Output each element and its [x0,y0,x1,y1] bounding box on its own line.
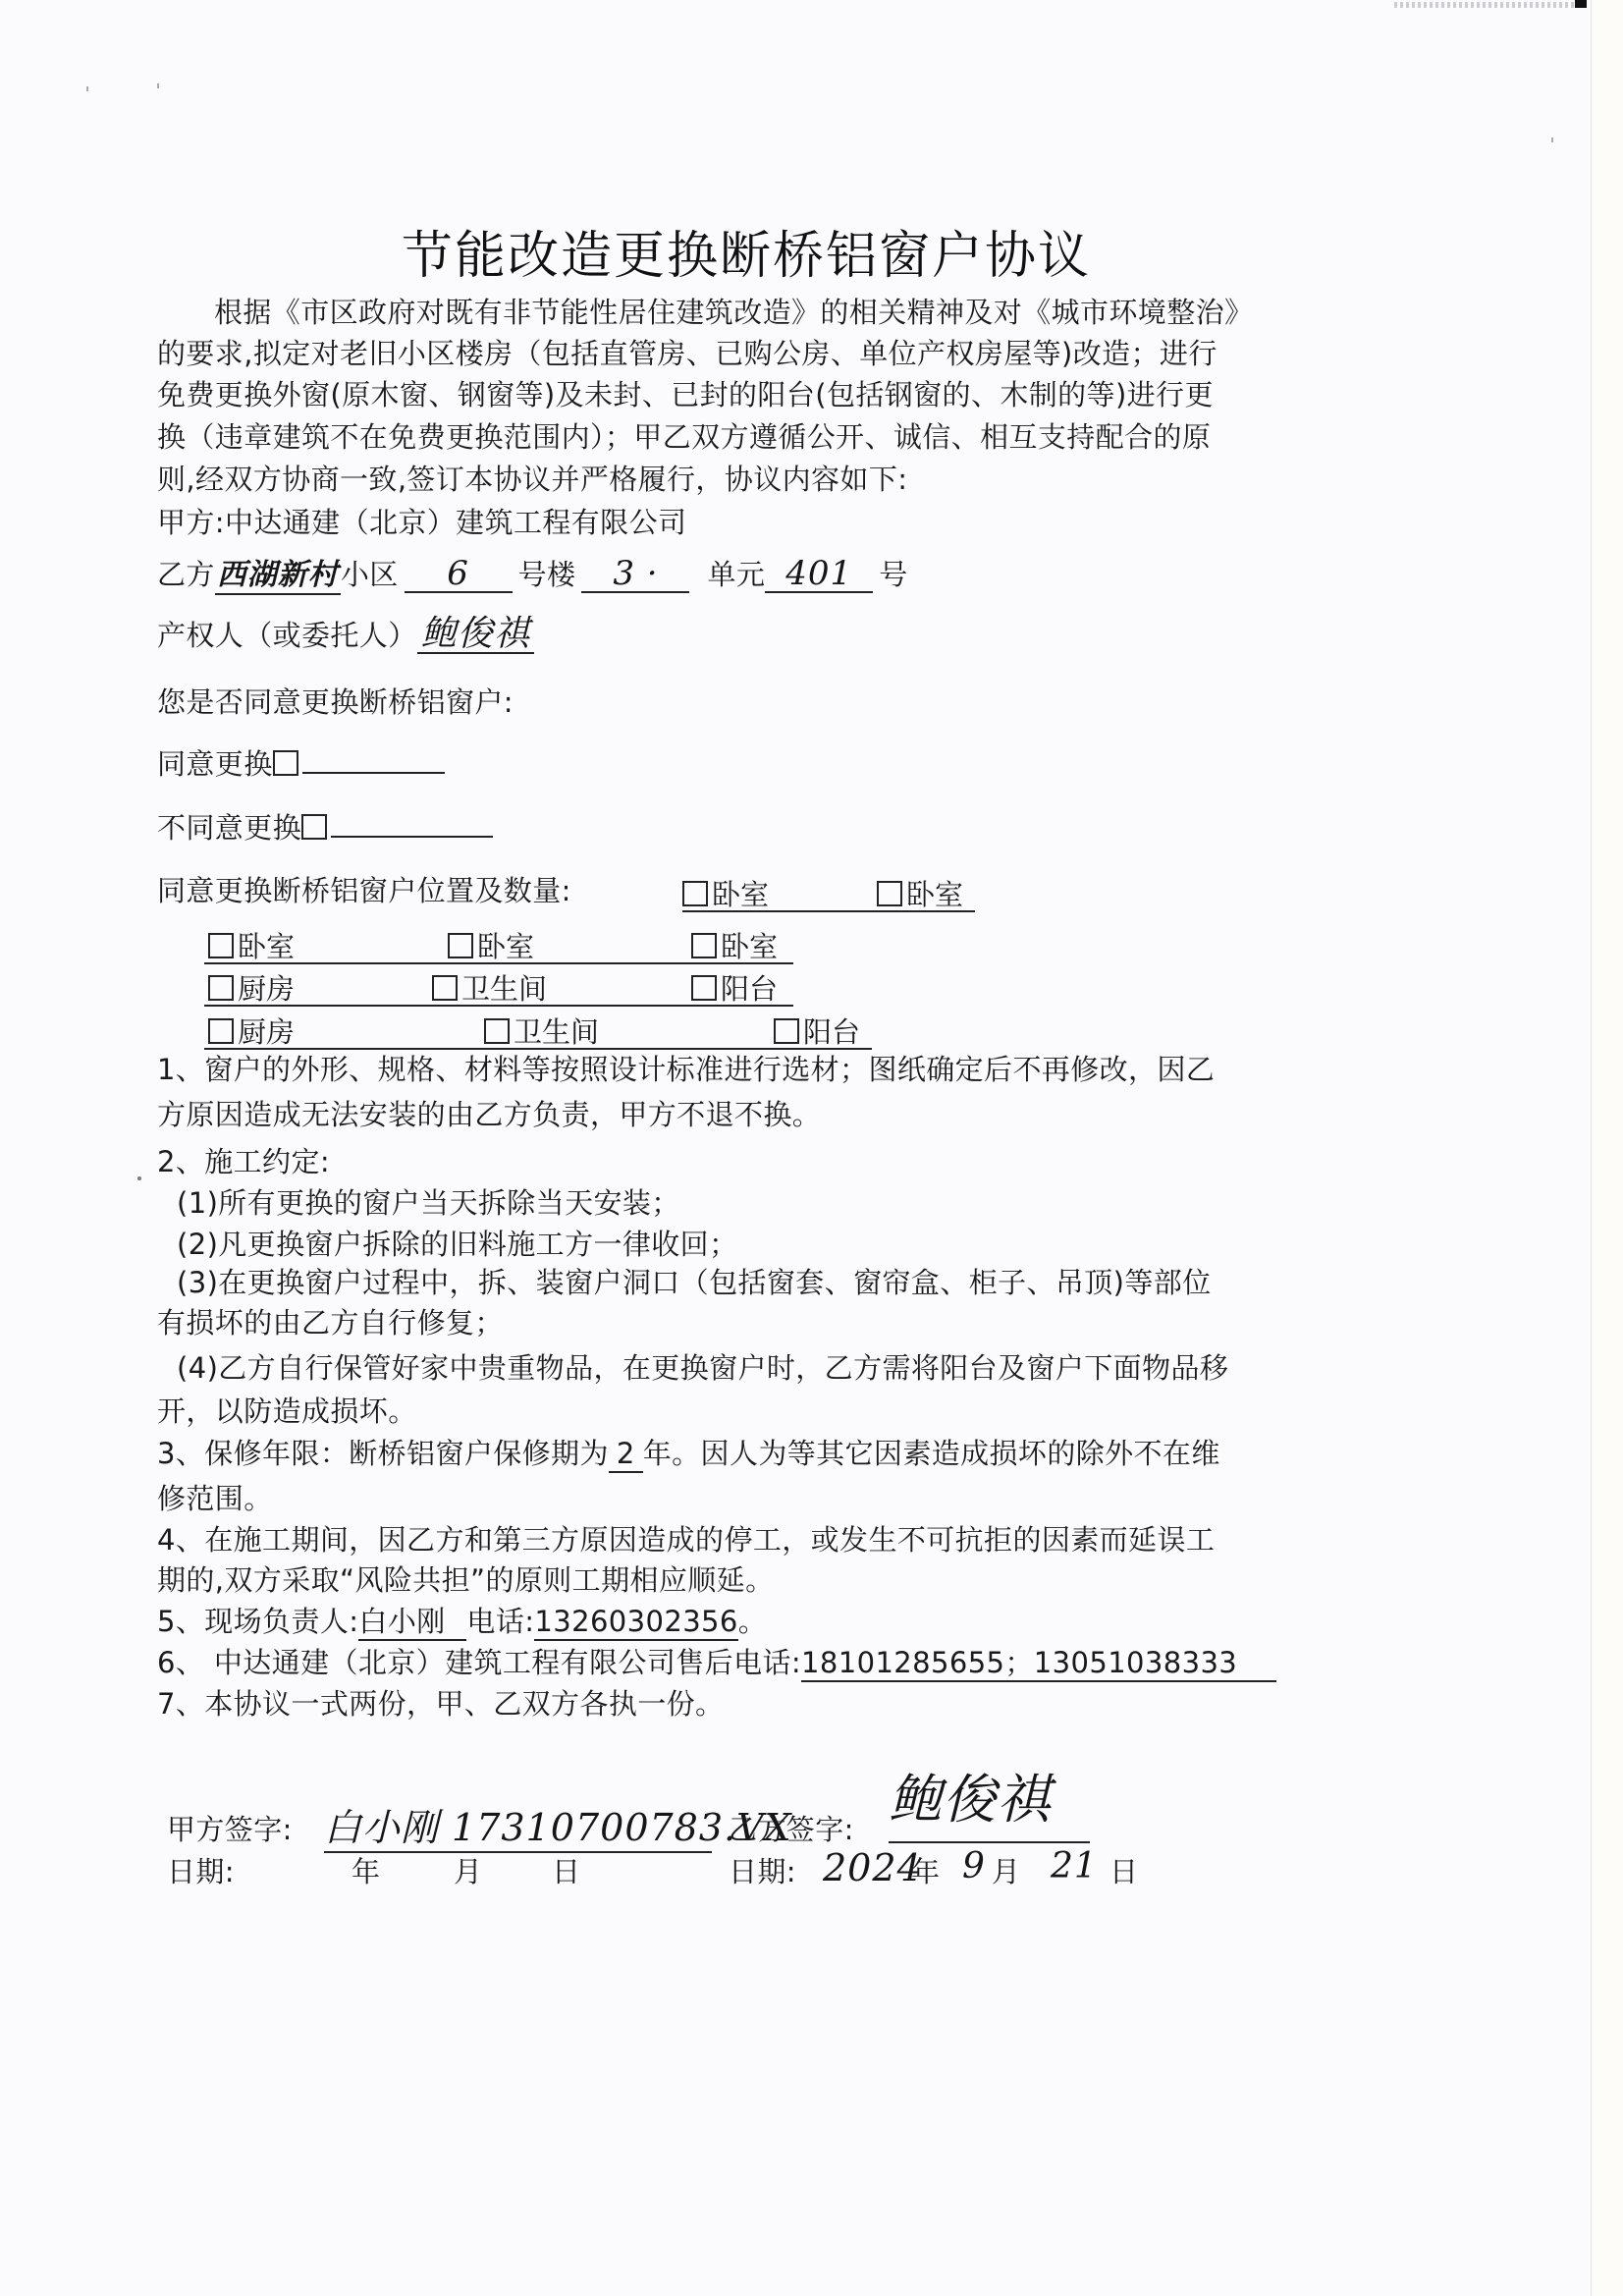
party-a-signature-field[interactable]: 白小刚 17310700783.VX [324,1797,712,1853]
location-bedroom[interactable]: 卧室 [877,873,963,913]
party-b-month-value[interactable]: 9 [962,1846,986,1886]
location-kitchen[interactable]: 厨房 [208,1011,295,1051]
party-b-label: 乙方 [157,558,215,591]
clause-2-2: (2)凡更换窗户拆除的旧料施工方一律收回； [177,1227,737,1262]
location-bathroom[interactable]: 卫生间 [484,1011,599,1051]
party-a-signature-label: 甲方签字: [167,1812,293,1847]
location-bedroom[interactable]: 卧室 [682,873,769,913]
after-sales-phones: 18101285655；13051038333 [801,1645,1276,1682]
preamble-line: 的要求,拟定对老旧小区楼房（包括直管房、已购公房、单位产权房屋等)改造；进行 [157,336,1217,371]
locations-label: 同意更换断桥铝窗户位置及数量: [157,873,571,908]
location-bathroom[interactable]: 卫生间 [432,967,547,1008]
party-b-line: 乙方西湖新村小区6号楼3 ·单元401号 [157,556,908,595]
scan-artifact [1394,2,1576,8]
clause-2-1: (1)所有更换的窗户当天拆除当天安装； [177,1185,680,1221]
party-b-date-label: 日期: [729,1854,796,1889]
location-row: 卧室 卧室 卧室 [204,925,793,964]
preamble-line: 换（违章建筑不在免费更换范围内）；甲乙双方遵循公开、诚信、相互支持配合的原 [157,419,1211,455]
party-a-month-label: 月 [454,1854,482,1889]
location-bedroom[interactable]: 卧室 [448,925,534,965]
community-field[interactable]: 西湖新村 [215,558,341,595]
clause-5: 5、现场负责人:白小刚电话:13260302356。 [157,1604,767,1641]
clause-4-cont: 期的,双方采取“风险共担”的原则工期相应顺延。 [157,1562,774,1598]
location-balcony[interactable]: 阳台 [691,967,778,1008]
owner-signature-field[interactable]: 鲍俊祺 [417,617,534,654]
location-kitchen[interactable]: 厨房 [208,967,295,1008]
warranty-years: 2 [609,1436,643,1473]
scan-speck [1551,137,1553,142]
party-b-year-label: 年 [911,1854,940,1889]
party-a-day-label: 日 [552,1854,580,1889]
party-a-line: 甲方:中达通建（北京）建筑工程有限公司 [157,505,686,540]
checkbox[interactable] [877,881,902,906]
building-suffix: 号楼 [518,558,576,591]
clause-2-4: (4)乙方自行保管好家中贵重物品，在更换窗户时，乙方需将阳台及窗户下面物品移 [177,1350,1228,1386]
clause-1: 1、窗户的外形、规格、材料等按照设计标准进行选材；图纸确定后不再修改，因乙 [157,1052,1215,1087]
clause-7: 7、本协议一式两份，甲、乙双方各执一份。 [157,1686,724,1722]
preamble-line: 根据《市区政府对既有非节能性居住建筑改造》的相关精神及对《城市环境整治》 [214,295,1253,330]
owner-label: 产权人（或委托人） [157,619,417,652]
unit-suffix: 单元 [707,558,765,591]
location-bedroom[interactable]: 卧室 [208,925,295,965]
disagree-option: 不同意更换 [157,810,493,846]
disagree-label: 不同意更换 [157,811,301,845]
checkbox[interactable] [208,933,234,958]
location-balcony[interactable]: 阳台 [774,1011,860,1051]
preamble-line: 免费更换外窗(原木窗、钢窗等)及未封、已封的阳台(包括钢窗的、木制的等)进行更 [157,377,1214,412]
checkbox[interactable] [484,1018,510,1044]
clause-6: 6、 中达通建（北京）建筑工程有限公司售后电话:18101285655；1305… [157,1645,1276,1682]
party-a-year-label: 年 [352,1854,380,1889]
clause-4: 4、在施工期间，因乙方和第三方原因造成的停工，或发生不可抗拒的因素而延误工 [157,1522,1215,1558]
document-page: 节能改造更换断桥铝窗户协议 根据《市区政府对既有非节能性居住建筑改造》的相关精神… [0,0,1592,2296]
owner-line: 产权人（或委托人）鲍俊祺 [157,617,534,654]
party-b-month-label: 月 [992,1854,1020,1889]
room-number-field[interactable]: 401 [765,556,873,593]
room-suffix: 号 [879,558,907,591]
site-manager-name: 白小刚 [358,1604,466,1641]
preamble-line: 则,经双方协商一致,签订本协议并严格履行，协议内容如下: [157,462,907,497]
agree-label: 同意更换 [157,747,273,781]
checkbox[interactable] [691,933,717,958]
checkbox[interactable] [774,1018,799,1044]
party-a-date-label: 日期: [167,1854,235,1889]
clause-2-3: (3)在更换窗户过程中，拆、装窗户洞口（包括窗套、窗帘盒、柜子、吊顶)等部位 [177,1265,1212,1300]
party-b-day-label: 日 [1109,1854,1138,1889]
clause-2-3-cont: 有损坏的由乙方自行修复； [157,1305,504,1340]
building-number-field[interactable]: 6 [405,556,513,593]
checkbox[interactable] [208,975,234,1001]
clause-2-heading: 2、施工约定: [157,1144,330,1179]
party-b-signature-label: 乙方签字: [729,1812,854,1847]
site-manager-phone: 13260302356 [534,1604,737,1641]
party-b-day-value[interactable]: 21 [1051,1846,1098,1886]
document-title: 节能改造更换断桥铝窗户协议 [0,214,1492,288]
unit-number-field[interactable]: 3 · [581,556,689,593]
scan-speck [137,1176,141,1180]
location-row: 厨房 卫生间 阳台 [204,967,793,1007]
consent-question: 您是否同意更换断桥铝窗户: [157,684,514,720]
location-row: 厨房 卫生间 阳台 [204,1011,872,1050]
party-b-signature-field[interactable]: 鲍俊祺 [889,1758,1090,1843]
checkbox[interactable] [691,975,717,1001]
clause-3-cont: 修范围。 [157,1481,273,1516]
disagree-fill-line[interactable] [331,810,493,838]
checkbox[interactable] [682,881,708,906]
agree-fill-line[interactable] [302,746,445,774]
clause-2-4-cont: 开，以防造成损坏。 [157,1394,417,1429]
clause-3: 3、保修年限：断桥铝窗户保修期为2年。因人为等其它因素造成损坏的除外不在维 [157,1436,1220,1473]
party-a-label: 甲方: [157,506,225,539]
location-bedroom[interactable]: 卧室 [691,925,778,965]
party-a-name: 中达通建（北京）建筑工程有限公司 [225,506,686,539]
checkbox[interactable] [432,975,458,1001]
party-b-year-value[interactable]: 2024 [823,1846,922,1889]
agree-option: 同意更换 [157,746,445,782]
community-suffix: 小区 [341,558,399,591]
agree-checkbox[interactable] [273,750,298,776]
scan-speck [86,86,88,91]
checkbox[interactable] [448,933,473,958]
clause-1-cont: 方原因造成无法安装的由乙方负责，甲方不退不换。 [157,1097,821,1132]
checkbox[interactable] [208,1018,234,1044]
location-row: 卧室 卧室 [682,873,975,912]
scan-speck [157,83,159,88]
scan-artifact [1575,0,1587,8]
disagree-checkbox[interactable] [301,814,327,840]
